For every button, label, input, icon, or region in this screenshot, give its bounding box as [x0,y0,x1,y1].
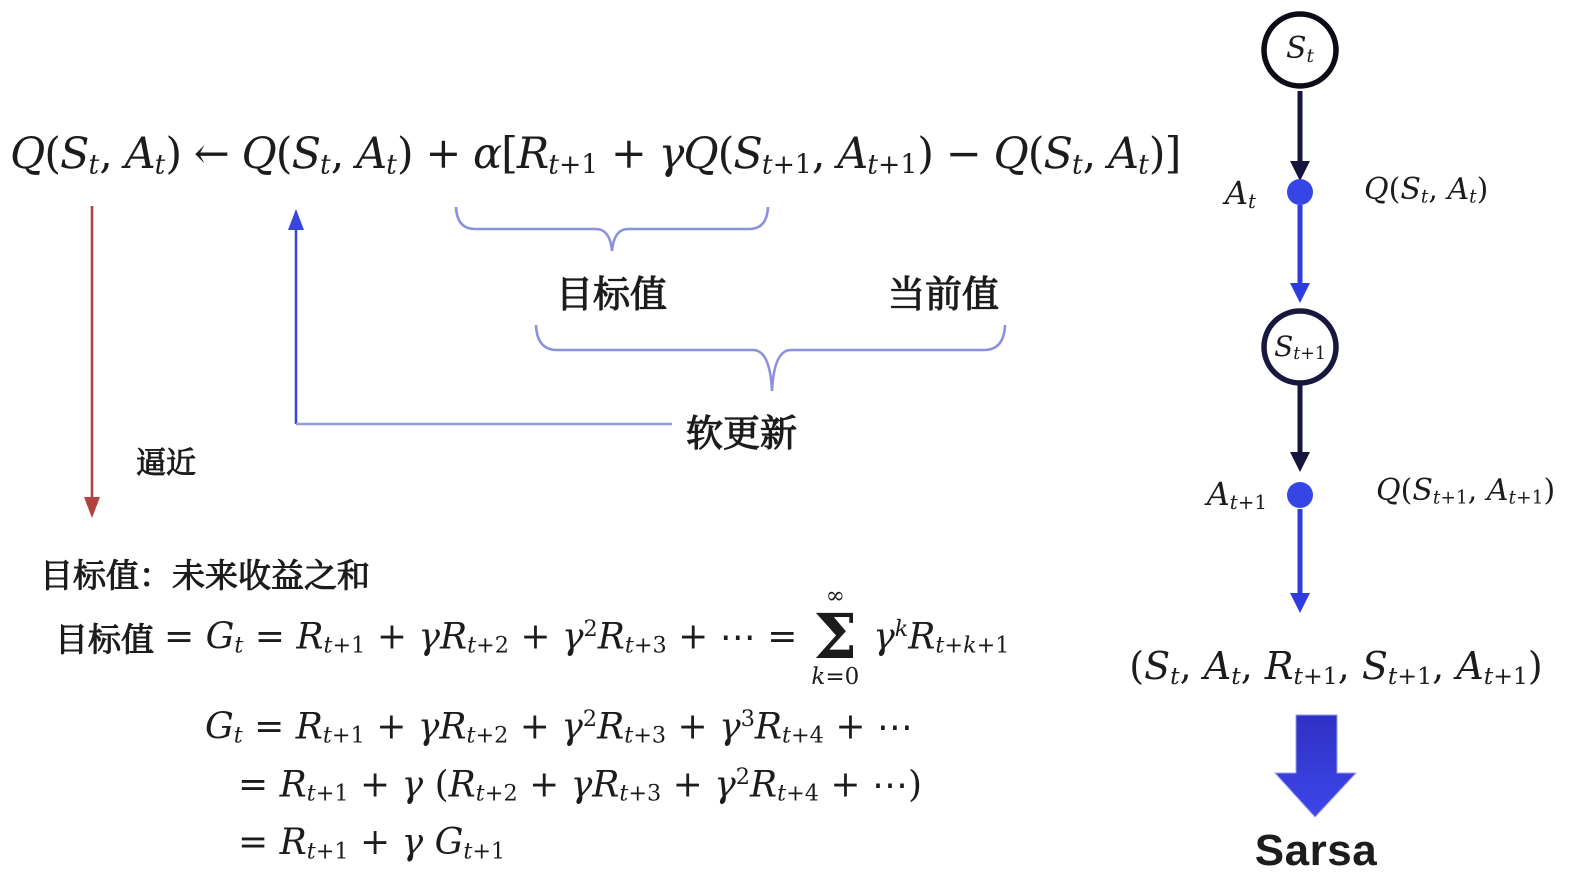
sum-lower-limit: k=0 [811,666,859,689]
action-t-node-icon [1287,179,1313,205]
return-derivation-line-2: = Rt+1 + γ (Rt+2 + γRt+3 + γ2Rt+4 + ⋯) [238,764,922,807]
summation-icon: ∞ Σ k=0 [811,585,859,690]
state-t-label: St [1286,31,1314,67]
arrow-st1-to-at1-icon [1290,385,1310,472]
target-value-post-sum: γkRt+k+1 [873,616,1009,659]
sarsa-slide: Q(St, At) ← Q(St, At) + α[Rt+1 + γQ(St+1… [0,0,1580,885]
q-value-t-label: Q(St, At) [1364,172,1488,208]
target-value-brace-label: 目标值 [556,264,667,318]
arrow-st-to-at-icon [1290,91,1310,181]
algorithm-name-label: Sarsa [1255,826,1377,876]
q-value-t1-label: Q(St+1, At+1) [1376,473,1555,509]
target-value-definition-label: 目标值 [55,614,154,661]
return-derivation-line-1: Gt = Rt+1 + γRt+2 + γ2Rt+3 + γ3Rt+4 + ⋯ [205,706,913,749]
soft-update-brace-icon [536,325,1005,391]
action-t-label: At [1160,174,1256,213]
state-t1-label: St+1 [1274,330,1326,364]
approach-down-arrow-icon [84,206,100,518]
action-t1-node-icon [1287,482,1313,508]
sarsa-update-formula: Q(St, At) ← Q(St, At) + α[Rt+1 + γQ(St+1… [10,129,1180,180]
target-value-brace-icon [456,207,768,251]
arrow-at-to-st1-icon [1290,205,1310,303]
transition-tuple: (St, At, Rt+1, St+1, At+1) [1129,644,1542,690]
target-value-definition: 目标值 = Gt = Rt+1 + γRt+2 + γ2Rt+3 + ⋯ = ∞… [55,577,1010,697]
current-value-brace-label: 当前值 [888,264,999,318]
soft-update-label: 软更新 [686,403,797,457]
return-derivation-line-3: = Rt+1 + γ Gt+1 [238,822,505,864]
target-value-pre-sum: = Gt = Rt+1 + γRt+2 + γ2Rt+3 + ⋯ = [164,616,797,659]
sigma-symbol: Σ [813,608,857,667]
big-down-arrow-icon [1275,715,1356,817]
arrow-at1-to-tuple-icon [1290,509,1310,613]
action-t1-label: At+1 [1150,475,1267,514]
approach-label: 逼近 [136,438,196,482]
